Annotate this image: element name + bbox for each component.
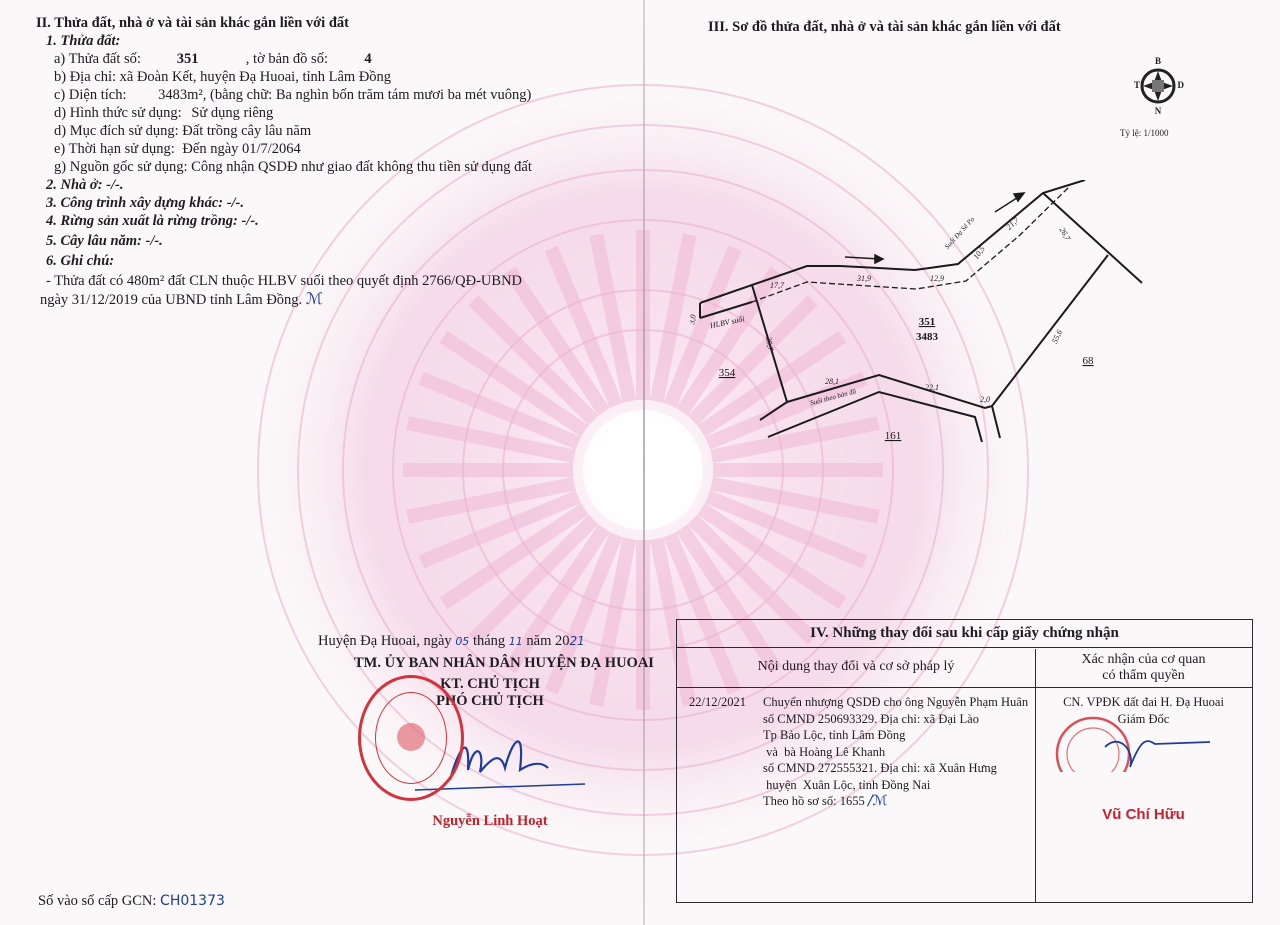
address-value: xã Đoàn Kết, huyện Đạ Huoai, tỉnh Lâm Đồ… — [120, 69, 391, 85]
section2-title: II. Thửa đất, nhà ở và tài sản khác gắn … — [36, 14, 636, 32]
issuer-signer-name: Nguyễn Linh Hoạt — [300, 813, 680, 830]
entry-line: và bà Hoàng Lê Khanh — [763, 744, 1028, 761]
issue-year: 21 — [570, 634, 585, 648]
issuer-role-2: PHÓ CHỦ TỊCH — [300, 693, 680, 710]
month-label: tháng — [473, 633, 505, 649]
entry-line: số CMND 250693329. Địa chỉ: xã Đại Lào — [763, 711, 1028, 728]
purpose-value: Đất trồng cây lâu năm — [182, 123, 311, 139]
issuer-org: TM. ỦY BAN NHÂN DÂN HUYỆN ĐẠ HUOAI — [300, 655, 680, 672]
parcel-area-label: 3483 — [916, 331, 939, 343]
compass-north-label: B — [1128, 56, 1188, 66]
origin-value: Công nhận QSDĐ như giao đất không thu ti… — [191, 159, 532, 175]
section3-title: III. Sơ đồ thửa đất, nhà ở và tài sản kh… — [708, 18, 1061, 36]
term-label: e) Thời hạn sử dụng: — [54, 141, 175, 157]
area-row: c) Diện tích: 3483m², (bằng chữ: Ba nghì… — [54, 86, 636, 104]
address-row: b) Địa chỉ: xã Đoàn Kết, huyện Đạ Huoai,… — [54, 68, 636, 86]
edge-length-labels: 3,0 17,7 31,9 12,9 10,5 21,7 26,7 55,6 2… — [690, 215, 1073, 408]
handwritten-signature-icon — [300, 710, 680, 805]
origin-label: g) Nguồn gốc sử dụng: — [54, 159, 188, 175]
compass: B T D N — [1128, 56, 1188, 116]
notes-line-2: ngày 31/12/2019 của UBND tỉnh Lâm Đồng. … — [40, 290, 636, 309]
changes-table: IV. Những thay đổi sau khi cấp giấy chứn… — [676, 619, 1253, 903]
neighbor-161: 161 — [885, 430, 902, 442]
entry-line: Chuyển nhượng QSDĐ cho ông Nguyễn Phạm H… — [763, 694, 1028, 711]
usage-form-label: d) Hình thức sử dụng: — [54, 105, 182, 121]
neighbor-68: 68 — [1083, 355, 1095, 367]
gcn-label: Số vào sổ cấp GCN: — [38, 893, 156, 909]
table-header-row: Nội dung thay đổi và cơ sở pháp lý Xác n… — [677, 649, 1252, 688]
notes-line-2-text: ngày 31/12/2019 của UBND tỉnh Lâm Đồng. — [40, 292, 302, 308]
edge-2-0: 2,0 — [980, 395, 990, 404]
purpose-label: d) Mục đích sử dụng: — [54, 123, 179, 139]
dossier-number: Theo hồ sơ số: 1655 — [763, 794, 865, 808]
term-value: Đến ngày 01/7/2064 — [182, 141, 300, 157]
land-heading: 1. Thửa đất: — [46, 32, 636, 50]
map-sheet-label: , tờ bản đồ số: — [246, 51, 328, 67]
entry-line: Tp Bảo Lộc, tỉnh Lâm Đồng — [763, 727, 1028, 744]
forest-row: 4. Rừng sản xuất là rừng trồng: -/-. — [46, 212, 636, 230]
address-label: b) Địa chỉ: — [54, 69, 116, 85]
edge-22-1: 22,1 — [925, 383, 939, 392]
map-scale: Tỷ lệ: 1/1000 — [1120, 128, 1169, 138]
issuer-signature-block: Huyện Đạ Huoai, ngày 05 tháng 11 năm 202… — [300, 633, 680, 830]
notes-line-1: - Thửa đất có 480m² đất CLN thuộc HLBV s… — [46, 272, 636, 290]
perennial-row: 5. Cây lâu năm: -/-. — [46, 232, 636, 250]
land-parcel-diagram: 3,0 17,7 31,9 12,9 10,5 21,7 26,7 55,6 2… — [690, 180, 1150, 450]
issuer-role-1: KT. CHỦ TỊCH — [300, 676, 680, 693]
origin-row: g) Nguồn gốc sử dụng: Công nhận QSDĐ như… — [54, 158, 636, 176]
entry-line: huyện Xuân Lộc, tỉnh Đồng Nai — [763, 777, 1028, 794]
edge-28-1: 28,1 — [825, 377, 839, 386]
house-row: 2. Nhà ở: -/-. — [46, 176, 636, 194]
term-row: e) Thời hạn sử dụng: Đến ngày 01/7/2064 — [54, 140, 636, 158]
edge-3-0: 3,0 — [690, 314, 698, 326]
issue-day: 05 — [455, 635, 469, 648]
map-sheet-number: 4 — [332, 50, 372, 68]
edge-10-5: 10,5 — [971, 244, 986, 261]
issue-place: Huyện Đạ Huoai, ngày — [318, 633, 452, 649]
edge-12-9: 12,9 — [930, 274, 944, 283]
parcel-number-label: 351 — [919, 316, 936, 328]
compass-east-label: D — [1178, 80, 1185, 90]
col-header-confirmation: Xác nhận của cơ quan có thẩm quyền — [1035, 652, 1252, 684]
gcn-value: CH01373 — [160, 893, 225, 909]
edge-35-7: 35,7 — [764, 335, 776, 352]
entry-line: số CMND 272555321. Địa chỉ: xã Xuân Hưng — [763, 760, 1028, 777]
other-construction-row: 3. Công trình xây dựng khác: -/-. — [46, 194, 636, 212]
issue-date-line: Huyện Đạ Huoai, ngày 05 tháng 11 năm 202… — [300, 633, 680, 650]
initial-mark-icon: ℳ — [306, 289, 323, 308]
area-value: 3483m², (bằng chữ: Ba nghìn bốn trăm tám… — [158, 87, 531, 103]
signature-area — [300, 710, 680, 805]
official-stamp-icon — [358, 675, 464, 801]
notes-heading: 6. Ghi chú: — [46, 252, 636, 270]
stream-upper-label: Suối Đạ Sê Po — [943, 215, 976, 251]
issue-month: 11 — [509, 635, 523, 648]
entry-content: Chuyển nhượng QSDĐ cho ông Nguyễn Phạm H… — [763, 694, 1028, 810]
usage-form-value: Sử dụng riêng — [191, 105, 273, 121]
gcn-register-number-row: Số vào sổ cấp GCN: CH01373 — [38, 893, 225, 910]
compass-south-label: N — [1128, 106, 1188, 116]
section-land-info: II. Thửa đất, nhà ở và tài sản khác gắn … — [36, 14, 636, 309]
entry-date: 22/12/2021 — [689, 694, 746, 711]
usage-form-row: d) Hình thức sử dụng: Sử dụng riêng — [54, 104, 636, 122]
initial-mark-icon: /ℳ — [868, 793, 888, 809]
registration-stamp-and-signature-icon — [1035, 712, 1251, 772]
confirm-org: CN. VPĐK đất đai H. Đạ Huoai — [1035, 694, 1252, 711]
edge-26-7: 26,7 — [1058, 226, 1073, 243]
entry-line-dossier: Theo hồ sơ số: 1655 /ℳ — [763, 793, 1028, 810]
compass-rose-icon — [1140, 68, 1176, 104]
col-header-content: Nội dung thay đổi và cơ sở pháp lý — [677, 659, 1035, 675]
col-header-confirmation-line-2: có thẩm quyền — [1035, 668, 1252, 684]
edge-21-7: 21,7 — [1004, 215, 1021, 232]
purpose-row: d) Mục đích sử dụng: Đất trồng cây lâu n… — [54, 122, 636, 140]
year-label: năm 20 — [526, 633, 569, 649]
parcel-label: a) Thửa đất số: — [54, 51, 141, 67]
area-label: c) Diện tích: — [54, 87, 126, 103]
col-header-confirmation-line-1: Xác nhận của cơ quan — [1035, 652, 1252, 668]
edge-55-6: 55,6 — [1050, 328, 1064, 344]
entry-confirmation: CN. VPĐK đất đai H. Đạ Huoai Giám Đốc — [1035, 694, 1252, 727]
neighbor-354: 354 — [719, 367, 736, 379]
edge-31-9: 31,9 — [856, 274, 871, 283]
edge-17-7: 17,7 — [770, 281, 785, 290]
confirm-signer-name: Vũ Chí Hữu — [1035, 807, 1252, 824]
section4-title: IV. Những thay đổi sau khi cấp giấy chứn… — [677, 620, 1252, 648]
parcel-row: a) Thửa đất số: 351 , tờ bản đồ số: 4 — [54, 50, 636, 68]
buffer-label: HLBV suối — [708, 314, 745, 330]
parcel-number: 351 — [145, 50, 199, 68]
